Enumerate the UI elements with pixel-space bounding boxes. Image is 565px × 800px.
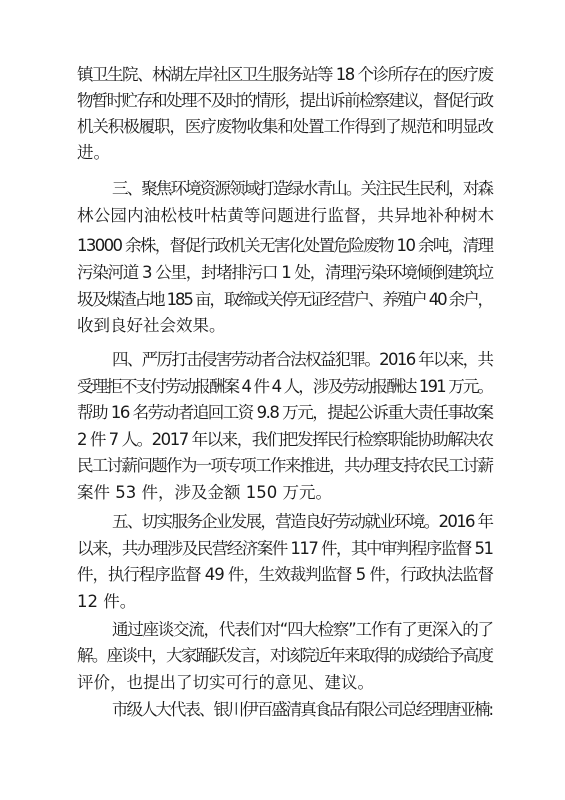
- text-line: 圾及煤渣占地 185 亩，取缔或关停无证经营户、养殖户 40 余户，: [77, 288, 494, 312]
- text-line: 案件 53 件，涉及金额 150 万元。: [77, 481, 494, 505]
- text-line: 进。: [77, 141, 494, 165]
- text-line: 通过座谈交流，代表们对“四大检察”工作有了更深入的了: [112, 618, 494, 642]
- text-line: 镇卫生院、林湖左岸社区卫生服务站等 18 个诊所存在的医疗废: [77, 63, 494, 87]
- text-line: 污染河道 3 公里，封堵排污口 1 处，清理污染环境倾倒建筑垃: [77, 261, 494, 285]
- document-page: 镇卫生院、林湖左岸社区卫生服务站等 18 个诊所存在的医疗废 物暂时贮存和处理不…: [0, 0, 565, 800]
- text-line: 物暂时贮存和处理不及时的情形，提出诉前检察建议，督促行政: [77, 89, 494, 113]
- text-line: 件，执行程序监督 49 件，生效裁判监督 5 件，行政执法监督: [77, 563, 494, 587]
- text-line: 民工讨薪问题作为一项专项工作来推进，共办理支持农民工讨薪: [77, 454, 494, 478]
- text-line: 评价，也提出了切实可行的意见、建议。: [77, 671, 494, 695]
- text-line: 2 件 7 人。2017 年以来，我们把发挥民行检察职能协助解决农: [77, 428, 494, 452]
- section-heading-line: 三、聚焦环境资源领域打造绿水青山。关注民生民利，对森: [112, 177, 494, 201]
- speaker-intro-line: 市级人大代表、银川伊百盛清真食品有限公司总经理唐亚楠:: [112, 698, 494, 722]
- text-line: 机关积极履职，医疗废物收集和处置工作得到了规范和明显改: [77, 115, 494, 139]
- section-heading-line: 四、严厉打击侵害劳动者合法权益犯罪。2016 年以来，共: [112, 348, 494, 372]
- section-heading-line: 五、切实服务企业发展，营造良好劳动就业环境。2016 年: [112, 510, 494, 534]
- text-line: 林公园内油松枝叶枯黄等问题进行监督，共异地补种树木: [77, 204, 494, 228]
- text-line: 受理拒不支付劳动报酬案 4 件 4 人，涉及劳动报酬达 191 万元。: [77, 375, 494, 399]
- text-line: 12 件。: [77, 590, 494, 614]
- text-line: 解。座谈中，大家踊跃发言，对该院近年来取得的成绩给予高度: [77, 644, 494, 668]
- text-line: 帮助 16 名劳动者追回工资 9.8 万元，提起公诉重大责任事故案: [77, 401, 494, 425]
- text-line: 以来，共办理涉及民营经济案件 117 件，其中审判程序监督 51: [77, 537, 494, 561]
- text-line: 13000 余株，督促行政机关无害化处置危险废物 10 余吨，清理: [77, 234, 494, 258]
- text-line: 收到良好社会效果。: [77, 314, 494, 338]
